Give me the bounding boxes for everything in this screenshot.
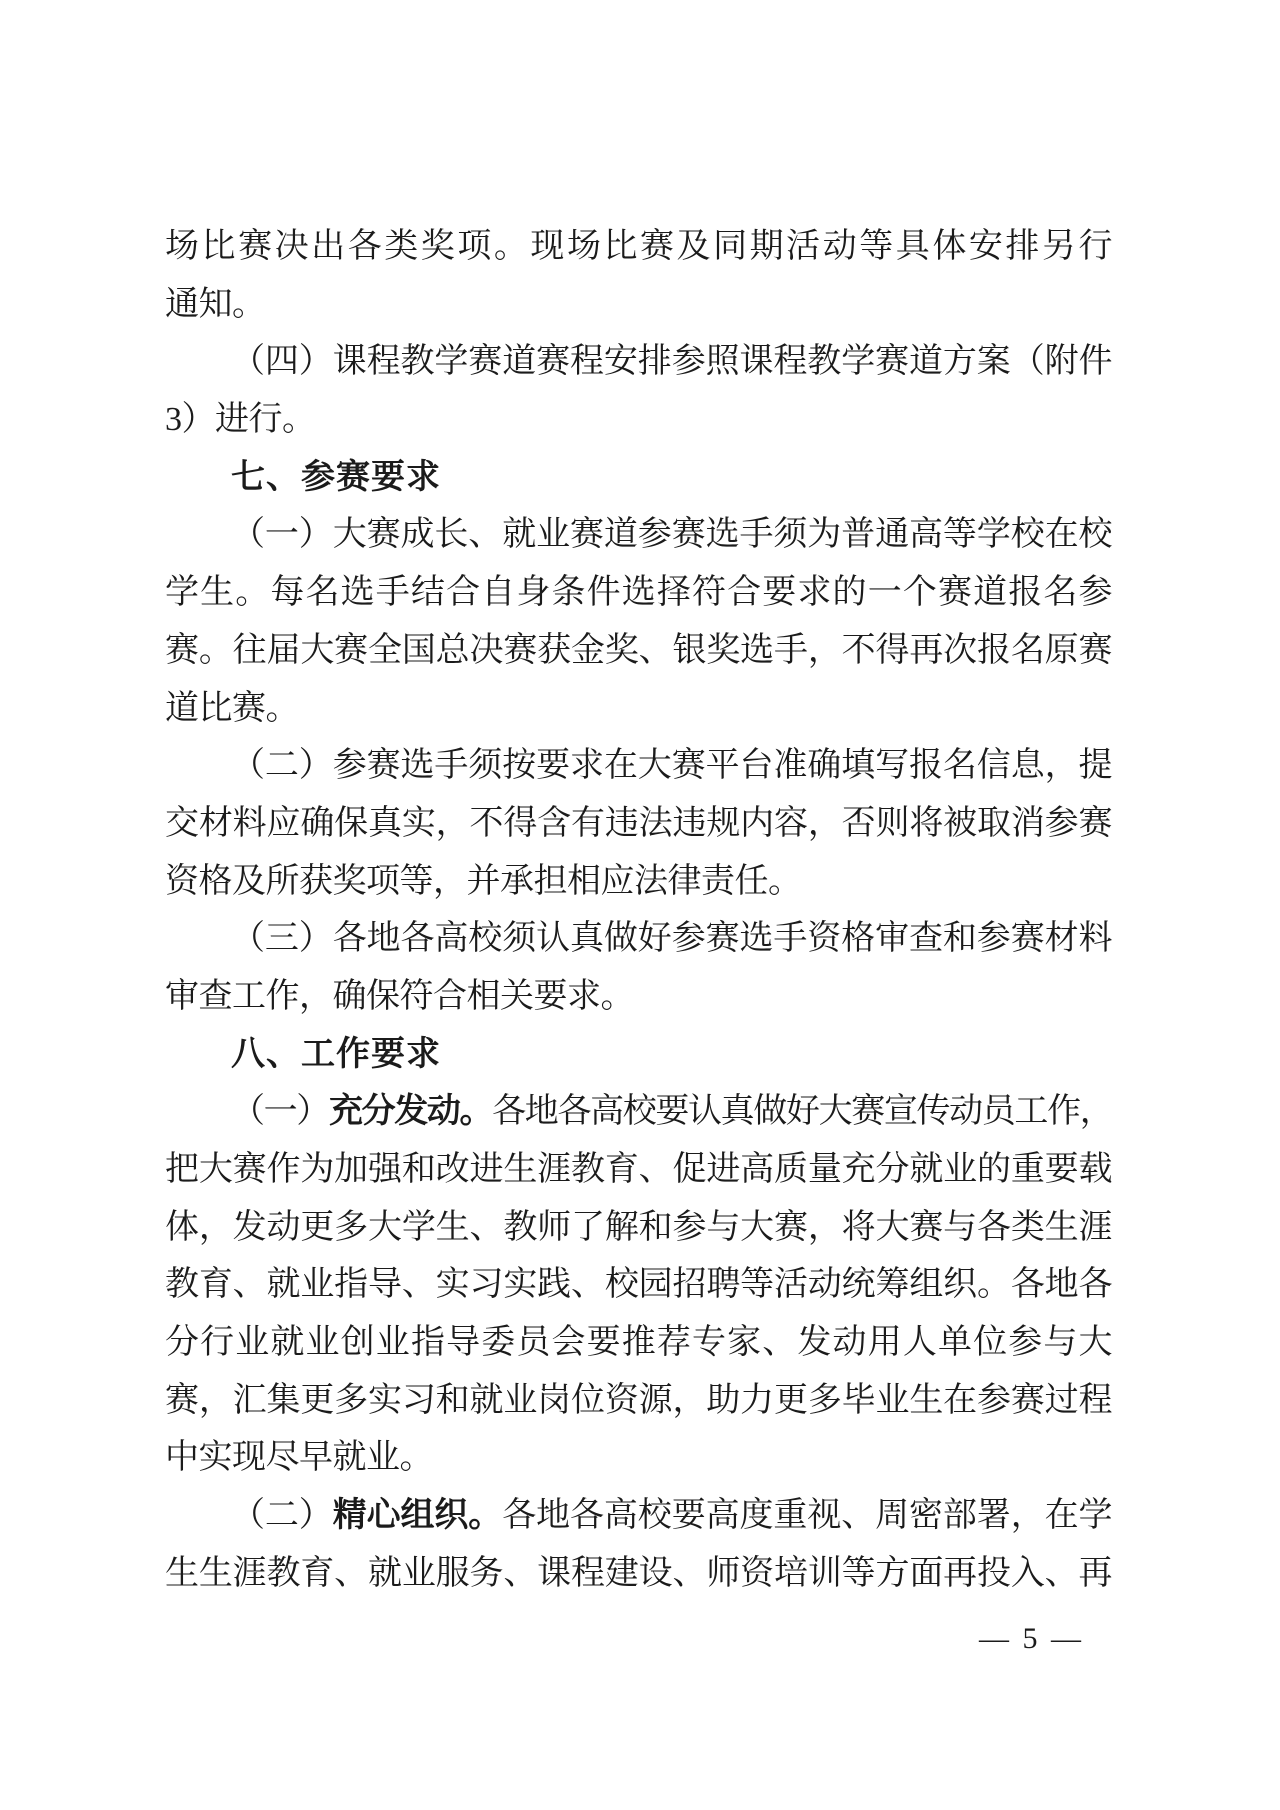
emphasis-phrase: 充分发动。 bbox=[329, 1093, 492, 1130]
page-number: — 5 — bbox=[165, 1619, 1112, 1659]
paragraph: （二）参赛选手须按要求在大赛平台准确填写报名信息，提 交材料应确保真实，不得含有… bbox=[165, 737, 1112, 910]
paragraph: （二）精心组织。各地各高校要高度重视、周密部署，在学 生生涯教育、就业服务、课程… bbox=[165, 1487, 1112, 1602]
section-heading-7: 七、参赛要求 bbox=[165, 449, 1112, 507]
text-line: 3）进行。 bbox=[165, 391, 1112, 449]
paragraph: （一）充分发动。各地各高校要认真做好大赛宣传动员工作， 把大赛作为加强和改进生涯… bbox=[165, 1083, 1112, 1487]
text-line: 赛。往届大赛全国总决赛获金奖、银奖选手，不得再次报名原赛 bbox=[165, 622, 1112, 680]
text-line: 体，发动更多大学生、教师了解和参与大赛，将大赛与各类生涯 bbox=[165, 1199, 1112, 1257]
text-line: 资格及所获奖项等，并承担相应法律责任。 bbox=[165, 853, 1112, 911]
emphasis-phrase: 精心组织。 bbox=[333, 1497, 503, 1534]
text-line: 生生涯教育、就业服务、课程建设、师资培训等方面再投入、再 bbox=[165, 1545, 1112, 1603]
paragraph: 场比赛决出各类奖项。现场比赛及同期活动等具体安排另行 通知。 bbox=[165, 218, 1112, 333]
list-marker: （一） bbox=[231, 1093, 329, 1130]
text-line: 交材料应确保真实，不得含有违法违规内容，否则将被取消参赛 bbox=[165, 795, 1112, 853]
document-page: 场比赛决出各类奖项。现场比赛及同期活动等具体安排另行 通知。 （四）课程教学赛道… bbox=[0, 0, 1280, 1810]
text-line: 赛，汇集更多实习和就业岗位资源，助力更多毕业生在参赛过程 bbox=[165, 1372, 1112, 1430]
text-line: （三）各地各高校须认真做好参赛选手资格审查和参赛材料 bbox=[165, 910, 1112, 968]
text-segment: 各地各高校要高度重视、周密部署，在学 bbox=[502, 1497, 1112, 1534]
text-line: 教育、就业指导、实习实践、校园招聘等活动统筹组织。各地各 bbox=[165, 1256, 1112, 1314]
text-line: 中实现尽早就业。 bbox=[165, 1429, 1112, 1487]
paragraph: （四）课程教学赛道赛程安排参照课程教学赛道方案（附件 3）进行。 bbox=[165, 333, 1112, 448]
text-line: （一）大赛成长、就业赛道参赛选手须为普通高等学校在校 bbox=[165, 506, 1112, 564]
paragraph: （三）各地各高校须认真做好参赛选手资格审查和参赛材料 审查工作，确保符合相关要求… bbox=[165, 910, 1112, 1025]
text-line: 通知。 bbox=[165, 276, 1112, 334]
text-line: 学生。每名选手结合自身条件选择符合要求的一个赛道报名参 bbox=[165, 564, 1112, 622]
text-line: （二）参赛选手须按要求在大赛平台准确填写报名信息，提 bbox=[165, 737, 1112, 795]
text-line: 分行业就业创业指导委员会要推荐专家、发动用人单位参与大 bbox=[165, 1314, 1112, 1372]
text-line: 把大赛作为加强和改进生涯教育、促进高质量充分就业的重要载 bbox=[165, 1141, 1112, 1199]
document-content: 场比赛决出各类奖项。现场比赛及同期活动等具体安排另行 通知。 （四）课程教学赛道… bbox=[165, 218, 1112, 1603]
text-line: 审查工作，确保符合相关要求。 bbox=[165, 968, 1112, 1026]
text-line: 道比赛。 bbox=[165, 680, 1112, 738]
text-line: （一）充分发动。各地各高校要认真做好大赛宣传动员工作， bbox=[165, 1083, 1112, 1141]
text-segment: 各地各高校要认真做好大赛宣传动员工作， bbox=[492, 1093, 1112, 1130]
text-line: （四）课程教学赛道赛程安排参照课程教学赛道方案（附件 bbox=[165, 333, 1112, 391]
text-line: （二）精心组织。各地各高校要高度重视、周密部署，在学 bbox=[165, 1487, 1112, 1545]
text-line: 场比赛决出各类奖项。现场比赛及同期活动等具体安排另行 bbox=[165, 218, 1112, 276]
list-marker: （二） bbox=[231, 1497, 333, 1534]
section-heading-8: 八、工作要求 bbox=[165, 1026, 1112, 1084]
paragraph: （一）大赛成长、就业赛道参赛选手须为普通高等学校在校 学生。每名选手结合自身条件… bbox=[165, 506, 1112, 737]
